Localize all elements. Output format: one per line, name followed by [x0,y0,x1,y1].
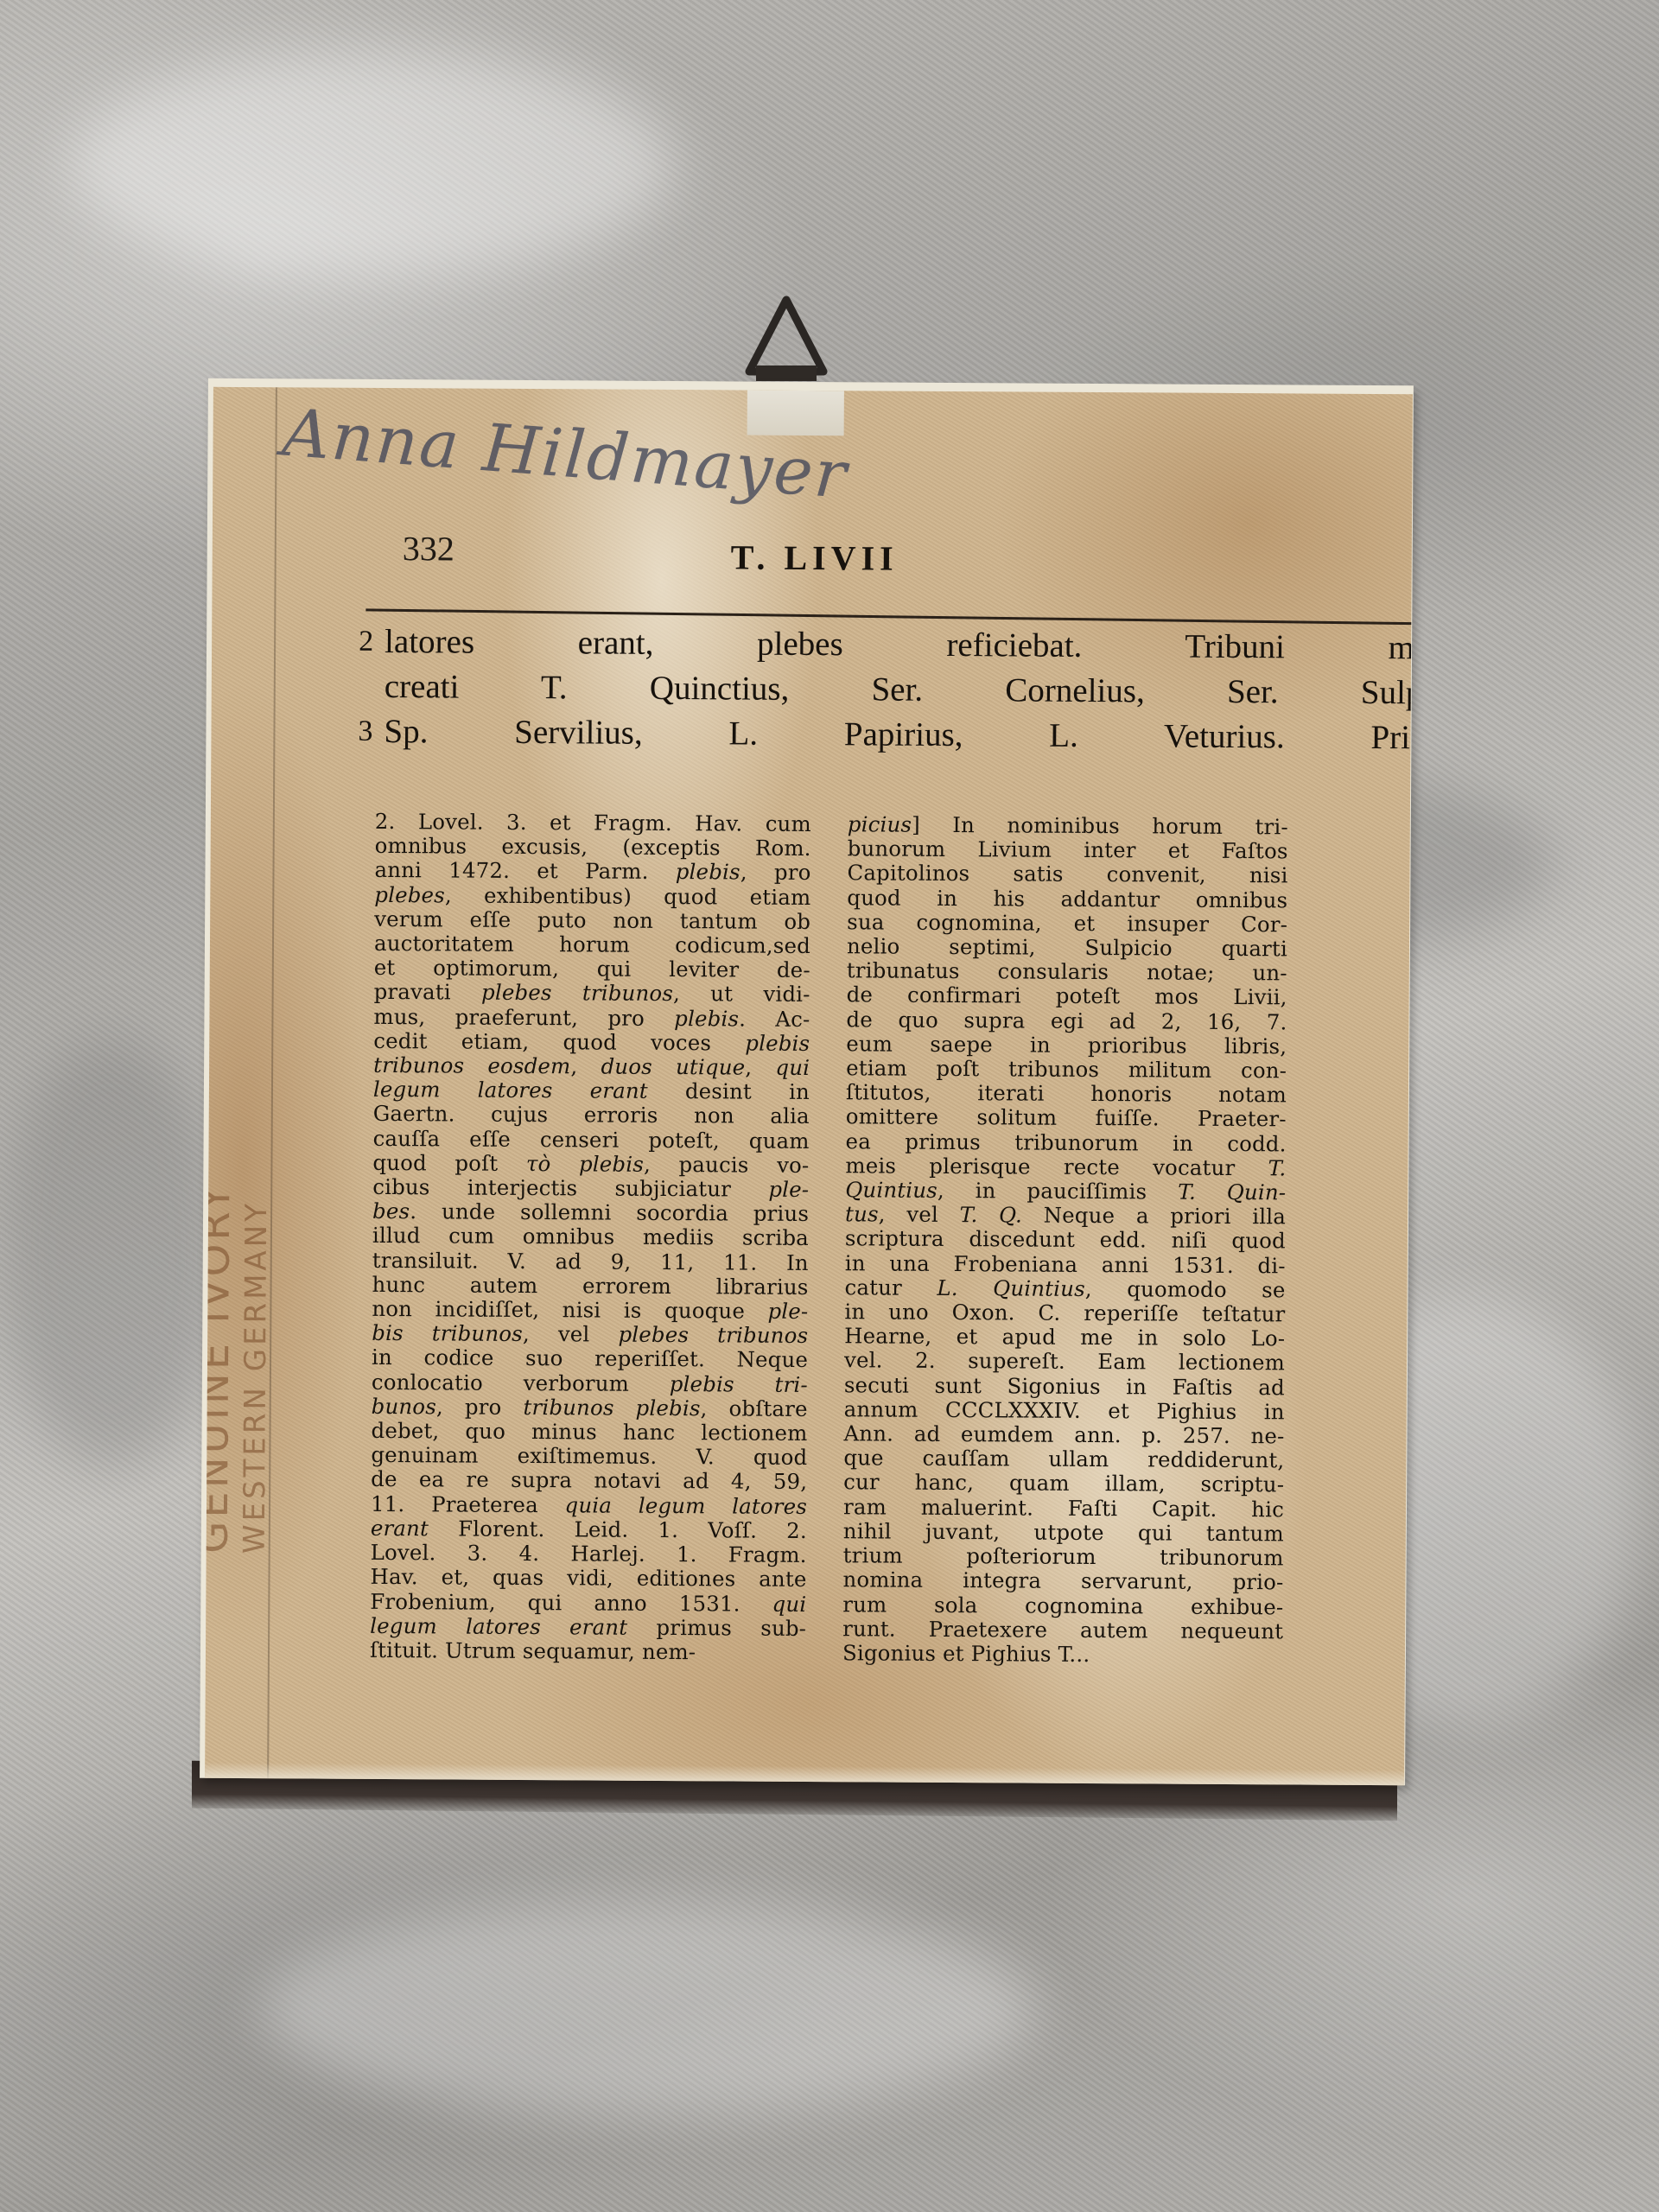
footnote-line: annum CCCLXXXIV. et Pighius in [844,1397,1285,1424]
footnote-line: cauſſa eſſe censeri poteſt, quam [373,1127,810,1154]
line-number: 3 [358,709,384,754]
footnote-line: ram maluerint. Faſti Capit. hic [843,1495,1284,1522]
pencil-margin-line [267,387,277,1778]
footnote-line: cibus interjectis subjiciatur ple- [372,1175,809,1202]
footnote-line: et optimorum, qui leviter de- [374,956,810,982]
page-number: 332 [403,528,454,569]
footnote-line: de ea re supra notavi ad 4, 59, [371,1467,807,1494]
footnote-line: 11. Praeterea quia legum latores [371,1492,807,1519]
footnote-line: bunorum Livium inter et Faſtos [848,836,1288,863]
main-line-text: creati T. Quinctius, Ser. Cornelius, Ser… [385,664,1413,716]
footnote-line: tribunatus consularis notae; un- [847,958,1287,985]
footnote-line: non incidiſſet, nisi is quoque ple- [372,1297,808,1324]
linen-highlight [69,52,674,276]
stamp-line-1: GENUINE IVORY [205,1182,239,1554]
footnote-line: omittere solitum fuiſſe. Praeter- [846,1105,1287,1132]
printed-page: Anna Hildmayer 332 T. LIVII 2 latores er… [205,387,1413,1785]
footnote-line: Ann. ad eumdem ann. p. 257. ne- [843,1421,1284,1448]
footnote-line: tus, vel T. Q. Neque a priori illa [845,1203,1286,1230]
footnote-line: quod poſt τὸ plebis, paucis vo- [372,1151,809,1178]
stamp-line-2: WESTERN GERMANY [238,1182,275,1554]
footnote-line: catur L. Quintius, quomodo se [844,1275,1285,1302]
footnote-line: Lovel. 3. 4. Harlej. 1. Fragm. [371,1541,807,1567]
footnotes-left-column: 2. Lovel. 3. et Fragm. Hav. cumomnibus e… [370,810,811,1665]
footnote-line: ſtitutos, iterati honoris notam [846,1080,1287,1107]
footnote-line: trium poſteriorum tribunorum [843,1543,1284,1570]
linen-shadow [0,1037,225,1469]
footnote-line: nihil juvant, utpote qui tantum [843,1519,1284,1546]
footnote-line: in una Frobeniana anni 1531. di- [845,1251,1286,1278]
footnote-line: in codice suo reperiſſet. Neque [372,1345,808,1372]
footnote-line: omnibus excusis, (exceptis Rom. [375,834,811,861]
footnote-line: pravati plebes tribunos, ut vidi- [374,980,810,1007]
footnote-line: debet, quo minus hanc lectionem [371,1419,807,1446]
ivory-stamp: GENUINE IVORY WESTERN GERMANY [205,1182,274,1554]
footnote-line: Sigonius et Pighius T... [842,1641,1283,1668]
footnote-line: legum latores erant primus sub- [370,1614,806,1641]
footnote-line: in uno Oxon. C. reperiſſe teſtatur [844,1300,1285,1326]
footnote-line: genuinam exiſtimemus. V. quod [371,1443,807,1470]
footnote-line: plebes, exhibentibus) quod etiam [374,883,810,910]
running-head: T. LIVII [731,537,899,578]
footnote-line: Capitolinos satis convenit, nisi [847,861,1287,888]
footnote-line: eum saepe in prioribus libris, [846,1032,1287,1058]
footnote-line: hunc autem errorem librarius [372,1273,809,1300]
footnote-line: nomina integra servarunt, prio- [842,1568,1283,1595]
footnote-line: bes. unde sollemni socordia prius [372,1199,809,1226]
hanging-triangle-icon [732,289,841,385]
footnote-line: etiam poſt tribunos militum con- [846,1056,1287,1083]
main-line: creati T. Quinctius, Ser. Cornelius, Ser… [359,664,1413,716]
footnote-line: cur hanc, quam illam, scriptu- [843,1471,1284,1497]
footnote-line: quod in his addantur omnibus [847,886,1287,912]
footnote-line: mus, praeferunt, pro plebis. Ac- [373,1005,810,1032]
footnote-line: tribunos eosdem, duos utique, qui [373,1053,810,1080]
footnote-line: anni 1472. et Parm. plebis, pro [374,858,810,885]
footnote-line: Gaertn. cujus erroris non alia [373,1102,810,1128]
footnote-line: de quo supra egi ad 2, 16, 7. [846,1007,1287,1034]
footnote-line: legum latores erant desint in [373,1077,810,1104]
footnote-line: erant Florent. Leid. 1. Voſſ. 2. [371,1516,807,1543]
footnote-line: transiluit. V. ad 9, 11, 11. In [372,1249,809,1275]
footnote-line: cedit etiam, quod voces plebis [373,1029,810,1056]
footnote-line: de confirmari poteſt mos Livii, [847,983,1287,1010]
hanger-tab [747,391,844,436]
footnote-line: Hav. et, quas vidi, editiones ante [370,1565,806,1592]
footnote-line: picius] In nominibus horum tri- [848,812,1288,839]
footnote-line: meis plerisque recte vocatur T. [845,1154,1286,1180]
linen-highlight [259,1901,1037,2117]
footnote-line: sua cognomina, et insuper Cor- [847,910,1287,937]
footnote-line: bis tribunos, vel plebes tribunos [372,1321,808,1348]
footnotes-right-column: picius] In nominibus horum tri-bunorum L… [842,812,1288,1668]
footnote-line: ea primus tribunorum in codd. [846,1129,1287,1156]
footnote-line: verum eſſe puto non tantum ob [374,907,810,934]
footnote-line: Quintius, in pauciſſimis T. Quin- [845,1178,1286,1205]
footnote-line: illud cum omnibus mediis scriba [372,1224,809,1250]
footnote-line: Frobenium, qui anno 1531. qui [370,1589,806,1616]
footnote-line: scriptura discedunt edd. niſi quod [845,1227,1286,1254]
footnote-line: vel. 2. supereſt. Eam lectionem [844,1349,1285,1376]
footnote-line: que cauſſam ullam reddiderunt, [843,1446,1284,1473]
main-line-text: Sp. Servilius, L. Papirius, L. Veturius.… [384,709,1413,761]
main-line-text: latores erant, plebes reficiebat. Tribun… [385,620,1413,671]
main-text: 2 latores erant, plebes reficiebat. Trib… [358,620,1413,761]
footnote-line: Hearne, et apud me in solo Lo- [844,1325,1285,1351]
footnote-line: secuti sunt Sigonius in Faſtis ad [844,1373,1285,1400]
main-line: 2 latores erant, plebes reficiebat. Trib… [359,620,1413,671]
footnote-line: ſtituit. Utrum sequamur, nem- [370,1638,806,1665]
main-line: 3 Sp. Servilius, L. Papirius, L. Veturiu… [358,709,1413,761]
footnote-line: nelio septimi, Sulpicio quarti [847,934,1287,961]
footnote-line: 2. Lovel. 3. et Fragm. Hav. cum [375,810,811,836]
footnote-line: runt. Praetexere autem nequeunt [842,1617,1283,1643]
line-number: 2 [359,620,385,664]
footnote-line: bunos, pro tribunos plebis, obſtare [372,1395,808,1421]
footnote-line: conlocatio verborum plebis tri- [372,1370,808,1397]
footnote-line: rum sola cognomina exhibue- [842,1592,1283,1619]
footnote-line: auctoritatem horum codicum,sed [374,931,810,958]
line-number [359,664,385,709]
